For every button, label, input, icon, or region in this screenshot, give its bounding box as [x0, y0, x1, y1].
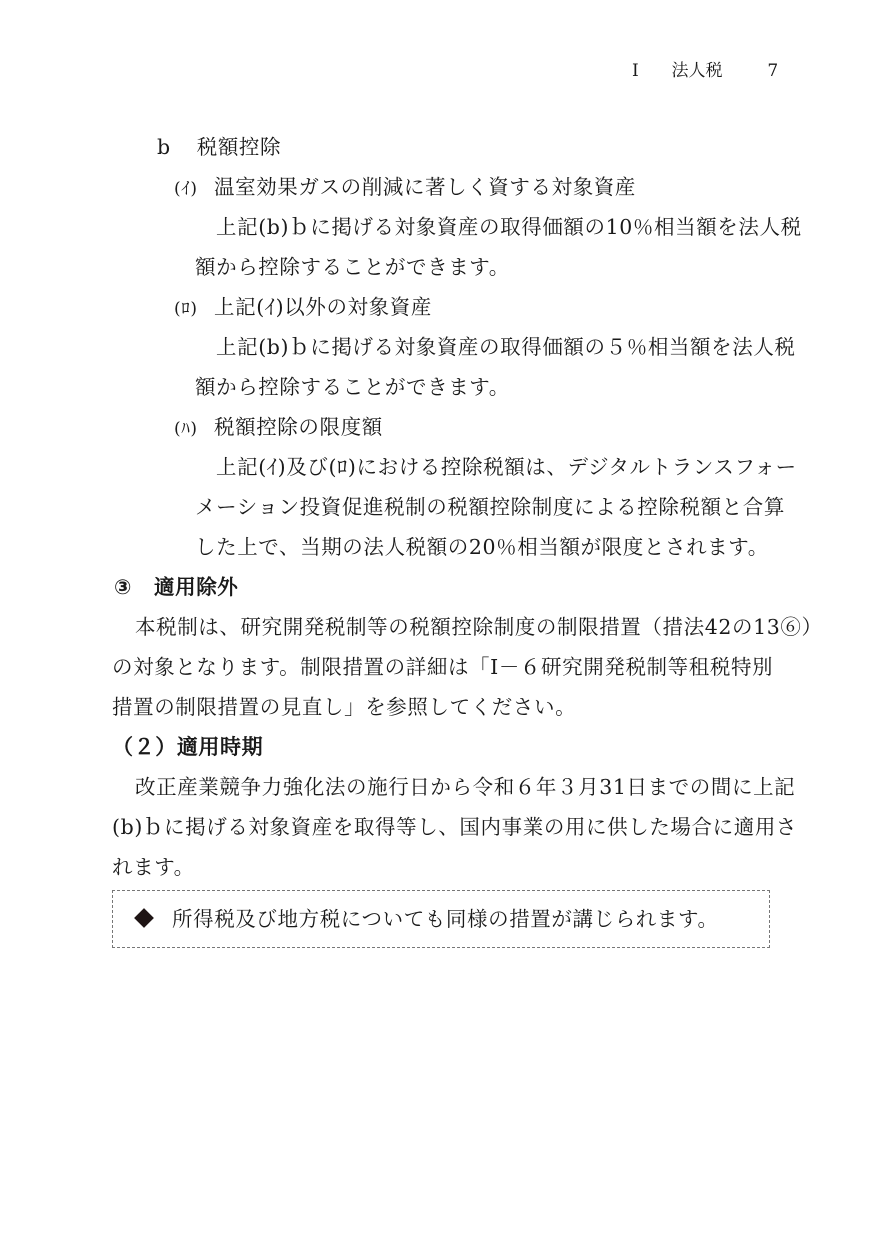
section-b-title: 税額控除 [197, 135, 281, 159]
item-i-body-line-2: 額から控除することができます。 [195, 254, 510, 280]
section-2-body-line-1: 改正産業競争力強化法の施行日から令和６年３月31日までの間に上記 [135, 774, 772, 800]
item-ro-body-line-2: 額から控除することができます。 [195, 374, 510, 400]
item-i-marker: (ｲ) [174, 176, 214, 202]
item-ha-title: 税額控除の限度額 [214, 415, 383, 439]
chapter-number: Ⅰ [632, 61, 639, 81]
note-text: 所得税及び地方税についても同様の措置が講じられます。 [172, 906, 719, 932]
item-ha-marker: (ﾊ) [174, 416, 214, 442]
item-i-heading: (ｲ)温室効果ガスの削減に著しく資する対象資産 [174, 174, 636, 202]
section-2-body-line-2: (b)ｂに掲げる対象資産を取得等し、国内事業の用に供した場合に適用さ [112, 814, 772, 840]
section-3-heading: ③適用除外 [114, 574, 238, 600]
chapter-title: 法人税 [672, 56, 723, 81]
item-i-title: 温室効果ガスの削減に著しく資する対象資産 [214, 175, 636, 199]
item-ha-body-line-1: 上記(ｲ)及び(ﾛ)における控除税額は、デジタルトランスフォー [216, 454, 772, 480]
item-ro-title: 上記(ｲ)以外の対象資産 [214, 295, 432, 319]
section-2-body-line-3: れます。 [112, 854, 195, 880]
item-ha-body-line-2: メーション投資促進税制の税額控除制度による控除税額と合算 [195, 494, 772, 520]
section-3-body-line-2: の対象となります。制限措置の詳細は「Ⅰ－６研究開発税制等租税特別 [112, 654, 772, 680]
item-ro-marker: (ﾛ) [174, 296, 214, 322]
section-b-marker: b [157, 135, 171, 159]
section-3-marker: ③ [114, 574, 154, 600]
item-i-body-line-1: 上記(b)ｂに掲げる対象資産の取得価額の10％相当額を法人税 [216, 214, 772, 240]
section-2-marker: （２） [112, 735, 177, 759]
section-2-heading: （２）適用時期 [112, 734, 263, 760]
item-ro-body-line-1: 上記(b)ｂに掲げる対象資産の取得価額の５％相当額を法人税 [216, 334, 772, 360]
section-3-body-line-1: 本税制は、研究開発税制等の税額控除制度の制限措置（措法42の13⑥） [135, 614, 772, 640]
section-3-body-line-3: 措置の制限措置の見直し」を参照してください。 [112, 694, 576, 720]
page-number: 7 [767, 61, 778, 81]
item-ha-heading: (ﾊ)税額控除の限度額 [174, 414, 383, 442]
item-ro-heading: (ﾛ)上記(ｲ)以外の対象資産 [174, 294, 432, 322]
section-b-heading: b税額控除 [157, 134, 281, 160]
section-3-title: 適用除外 [154, 575, 238, 599]
item-ha-body-line-3: した上で、当期の法人税額の20％相当額が限度とされます。 [195, 534, 769, 560]
section-2-title: 適用時期 [177, 735, 263, 759]
running-header: Ⅰ 法人税 7 [632, 56, 778, 81]
